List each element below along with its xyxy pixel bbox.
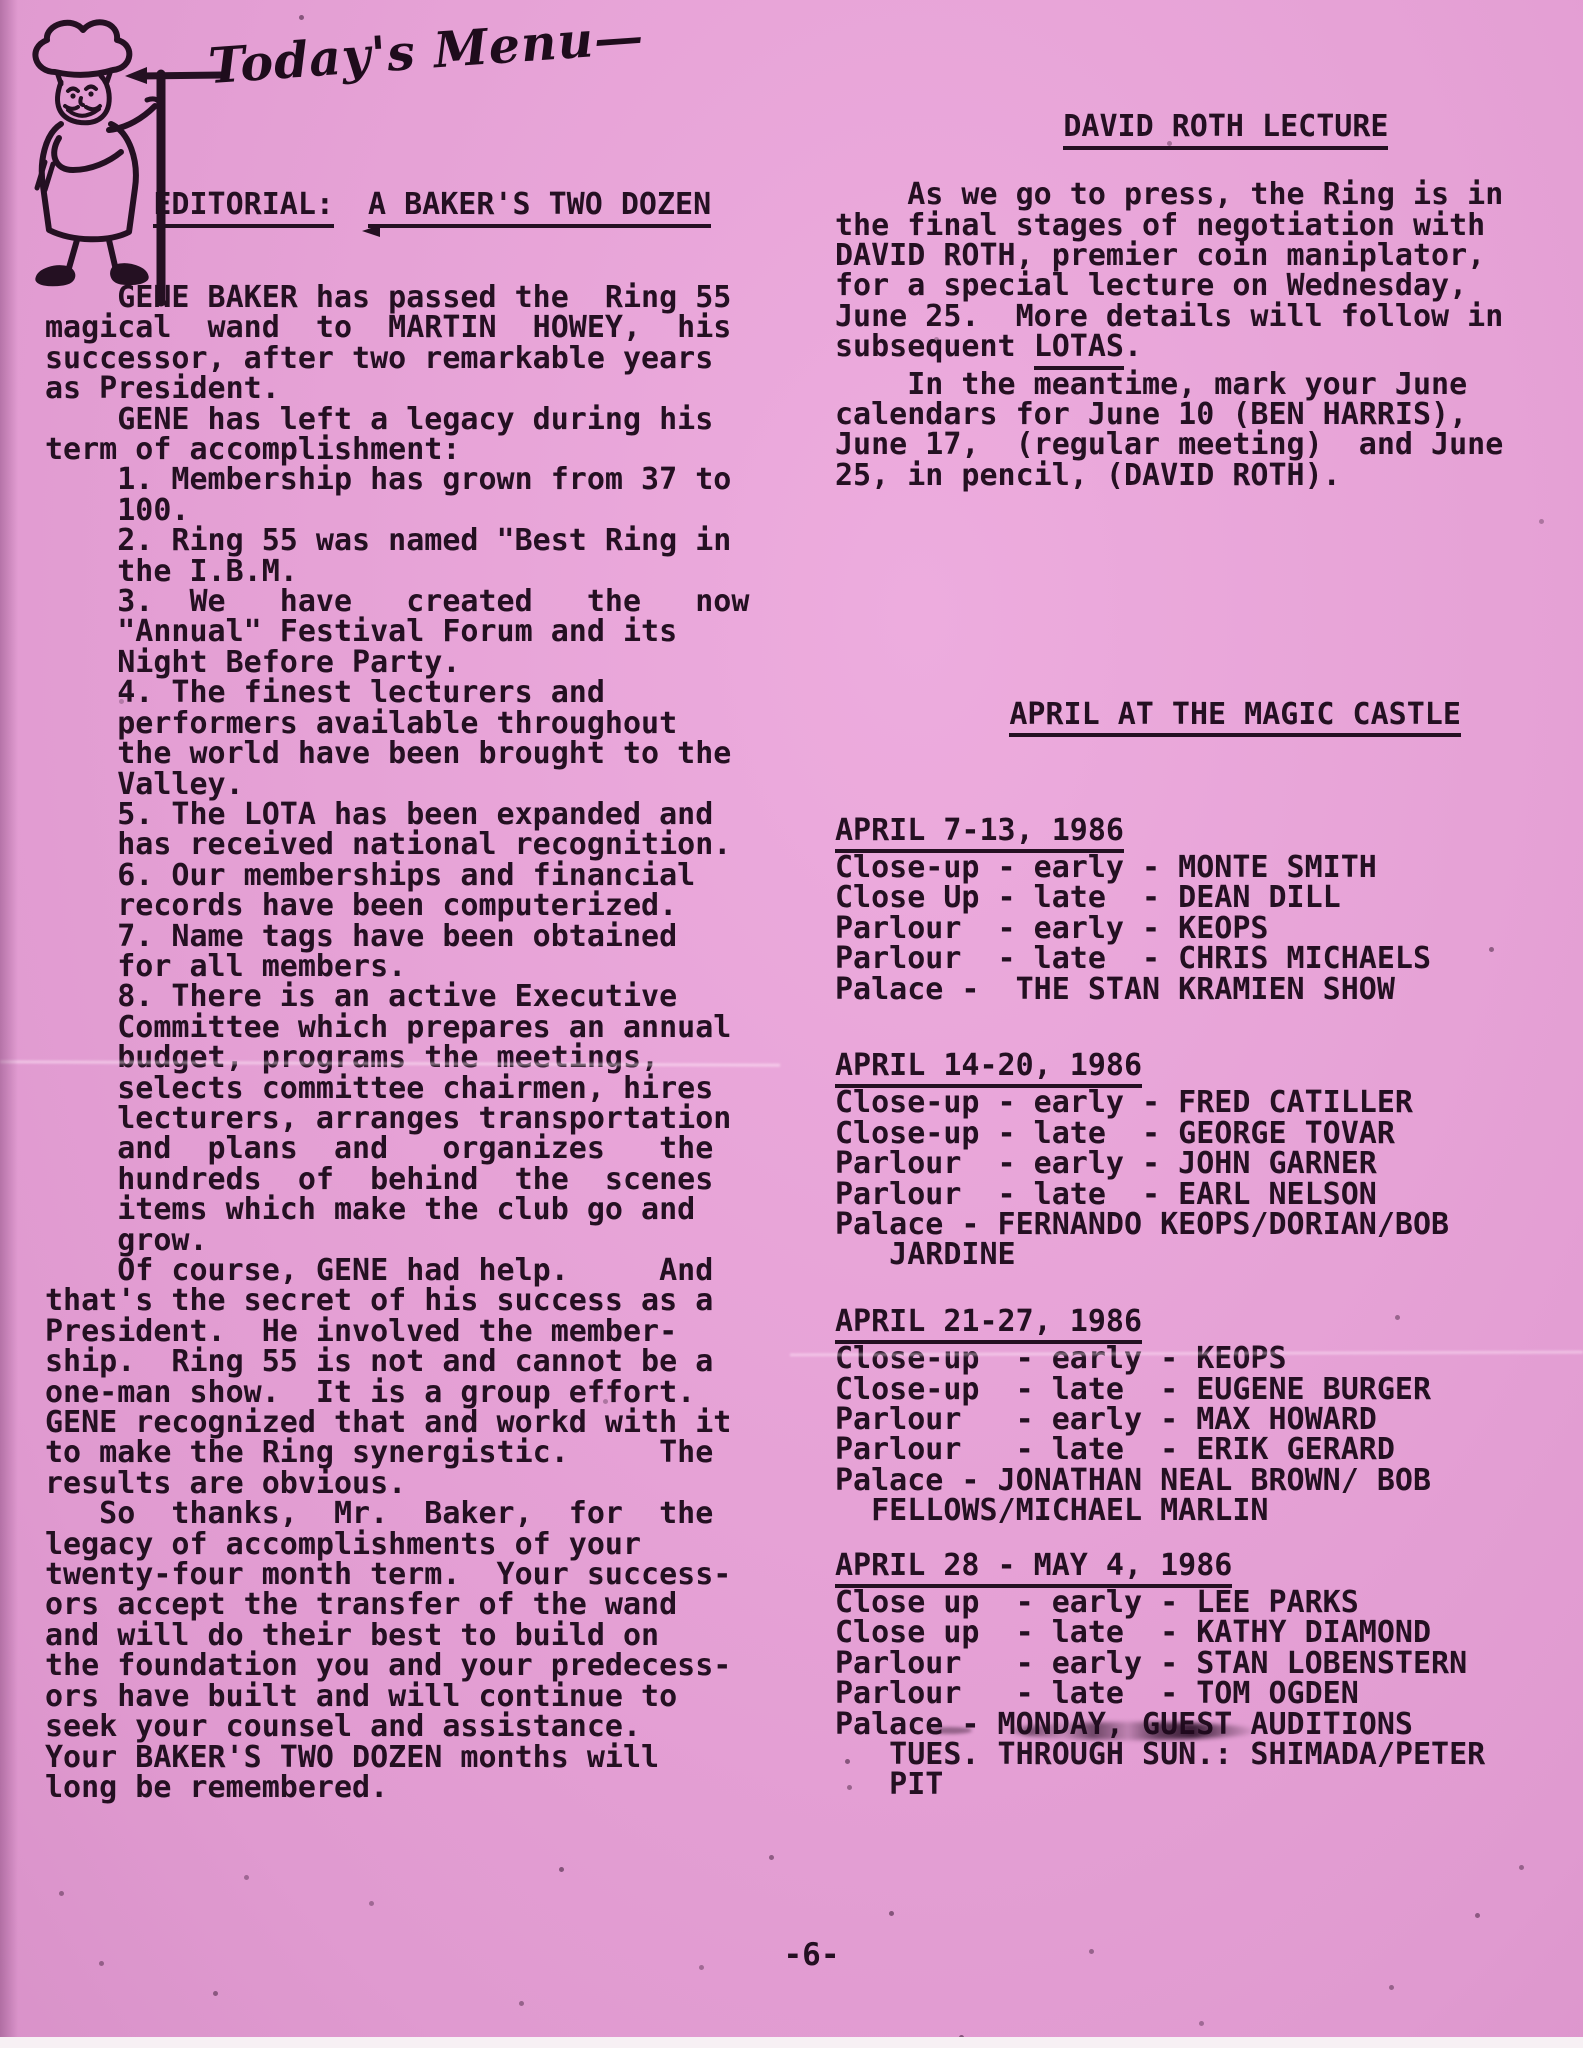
accomplishment-item-8: 8. There is an active Executive Committe…	[45, 982, 759, 1256]
sign-arrow	[125, 67, 147, 84]
editorial-label: EDITORIAL:	[153, 190, 334, 227]
schedule-week-4: APRIL 28 - MAY 4, 1986 Close up - early …	[835, 1551, 1543, 1801]
lotas-underlined: LOTAS	[1034, 332, 1124, 369]
lotas-prefix: subsequent	[835, 329, 1034, 364]
castle-heading-row: APRIL AT THE MAGIC CASTLE	[901, 669, 1543, 767]
chef-arm-right	[109, 106, 155, 130]
schedule-date-text: APRIL 7-13, 1986	[835, 816, 1124, 853]
schedule-week-2: APRIL 14-20, 1986 Close-up - early - FRE…	[835, 1051, 1543, 1271]
schedule-date-text: APRIL 21-27, 1986	[835, 1307, 1142, 1344]
schedule-week-3: APRIL 21-27, 1986 Close-up - early - KEO…	[835, 1307, 1543, 1527]
schedule-date: APRIL 21-27, 1986	[835, 1307, 1543, 1344]
editorial-heading: EDITORIAL:A BAKER'S TWO DOZEN	[45, 160, 759, 199]
schedule-date-text: APRIL 28 - MAY 4, 1986	[835, 1551, 1232, 1588]
meantime-paragraph: In the meantime, mark your June calendar…	[835, 370, 1543, 492]
editorial-title: A BAKER'S TWO DOZEN	[368, 190, 711, 227]
scan-edge-shadow	[0, 0, 18, 2048]
accomplishment-item-5: 5. The LOTA has been expanded and has re…	[45, 800, 759, 861]
editorial-paragraph-2: GENE has left a legacy during his term o…	[45, 405, 759, 466]
lecture-heading: DAVID ROTH LECTURE	[1063, 112, 1388, 149]
page-number: -6-	[40, 1940, 1583, 1970]
accomplishment-item-6: 6. Our memberships and financial records…	[45, 861, 759, 922]
schedule-date: APRIL 7-13, 1986	[835, 816, 1543, 853]
lecture-paragraph: As we go to press, the Ring is in the fi…	[835, 180, 1543, 332]
schedule-rows: Close-up - early - KEOPS Close-up - late…	[835, 1344, 1543, 1526]
chef-hat	[35, 22, 129, 75]
schedule-rows: Close-up - early - MONTE SMITH Close Up …	[835, 853, 1543, 1005]
accomplishment-item-7: 7. Name tags have been obtained for all …	[45, 922, 759, 983]
ink-smudge-dash	[928, 1727, 972, 1734]
schedule-rows: Close up - early - LEE PARKS Close up - …	[835, 1588, 1543, 1801]
schedule-date-text: APRIL 14-20, 1986	[835, 1051, 1142, 1088]
schedule-date: APRIL 14-20, 1986	[835, 1051, 1543, 1088]
ink-smudge	[1008, 1722, 1258, 1740]
castle-heading: APRIL AT THE MAGIC CASTLE	[1009, 700, 1461, 737]
lotas-line: subsequent LOTAS.	[835, 332, 1543, 369]
right-column: DAVID ROTH LECTURE As we go to press, th…	[835, 82, 1543, 1801]
editorial-paragraph-3: Of course, GENE had help. And that's the…	[45, 1256, 759, 1499]
schedule-date: APRIL 28 - MAY 4, 1986	[835, 1551, 1543, 1588]
lecture-heading-row: DAVID ROTH LECTURE	[955, 82, 1543, 180]
newsletter-page: Today's Menu— EDITORIAL:A BAKER'S TWO DO…	[0, 0, 1583, 2048]
accomplishment-item-1: 1. Membership has grown from 37 to 100.	[45, 465, 759, 526]
scan-edge-bottom	[0, 2037, 1583, 2048]
schedule-week-1: APRIL 7-13, 1986 Close-up - early - MONT…	[835, 816, 1543, 1005]
editorial-paragraph-4: So thanks, Mr. Baker, for the legacy of …	[45, 1499, 759, 1803]
todays-menu-script-title: Today's Menu—	[207, 7, 646, 95]
accomplishment-item-3: 3. We have created the now "Annual" Fest…	[45, 587, 759, 678]
left-column: EDITORIAL:A BAKER'S TWO DOZEN GENE BAKER…	[45, 160, 759, 1803]
accomplishment-item-4: 4. The finest lecturers and performers a…	[45, 678, 759, 800]
editorial-body: GENE BAKER has passed the Ring 55 magica…	[45, 283, 759, 1803]
accomplishment-item-2: 2. Ring 55 was named "Best Ring in the I…	[45, 526, 759, 587]
editorial-paragraph-1: GENE BAKER has passed the Ring 55 magica…	[45, 283, 759, 405]
lotas-suffix: .	[1124, 329, 1142, 364]
schedule-rows: Close-up - early - FRED CATILLER Close-u…	[835, 1088, 1543, 1270]
